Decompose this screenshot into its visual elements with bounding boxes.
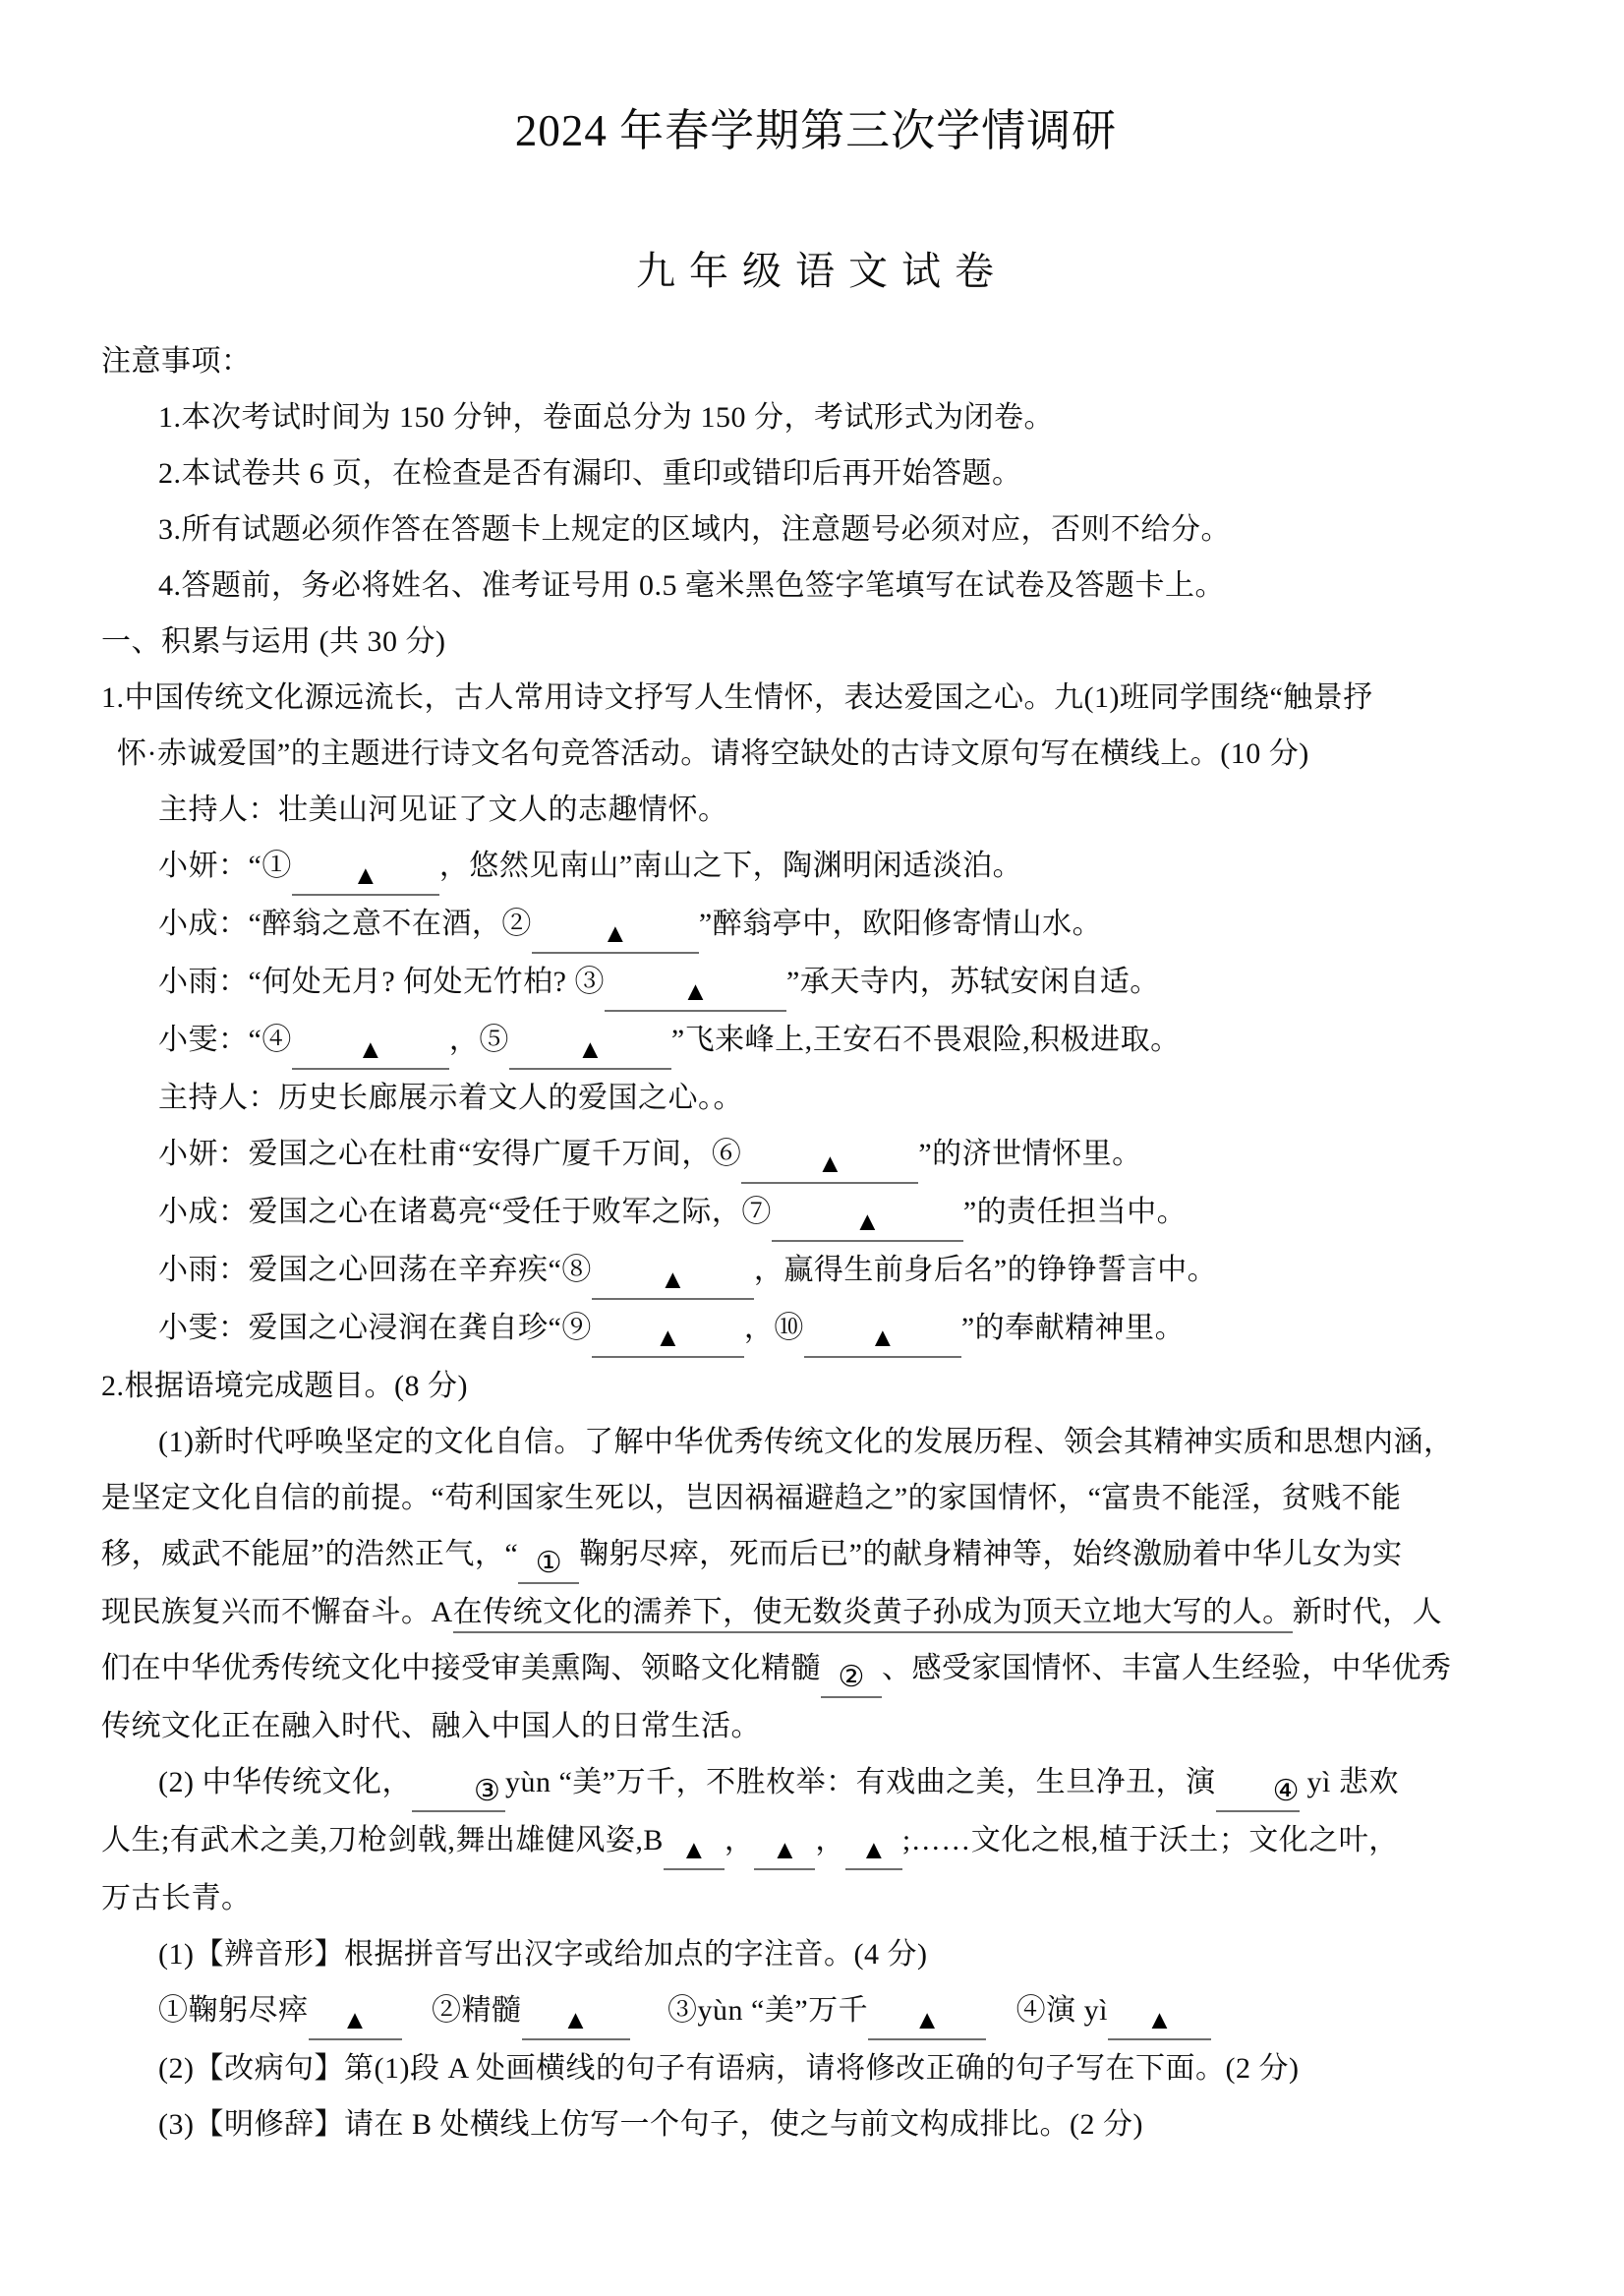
- text-run: 2024 年春学期第三次学情调研: [515, 106, 1117, 155]
- text-run: 2.根据语境完成题目。(8 分): [101, 1370, 468, 1402]
- text-run: ④演 yì: [986, 1994, 1108, 2027]
- answer-blank: ▲: [522, 1997, 630, 2040]
- passage2-line3: 万古长青。: [101, 1870, 1531, 1926]
- text-run: 主持人：历史长廊展示着文人的爱国之心。。: [158, 1082, 743, 1114]
- text-run: ”飞来峰上,王安石不畏艰险,积极进取。: [671, 1024, 1181, 1056]
- notice-item-4: 4.答题前，务必将姓名、准考证号用 0.5 毫米黑色签字笔填写在试卷及答题卡上。: [101, 558, 1531, 614]
- text-run: 小雨：“何处无月? 何处无竹柏? ③: [158, 966, 605, 998]
- text-run: 3.所有试题必须作答在答题卡上规定的区域内，注意题号必须对应，否则不给分。: [158, 513, 1231, 546]
- answer-blank: ▲: [292, 1027, 449, 1070]
- dialogue-xiaowen-1: 小雯：“④▲，⑤▲”飞来峰上,王安石不畏艰险,积极进取。: [101, 1012, 1531, 1070]
- text-run: 小妍：爱国之心在杜甫“安得广厦千万间，⑥: [158, 1138, 741, 1170]
- pinyin-blanks-line: ①鞠躬尽瘁▲ ②精髓▲ ③yùn “美”万千▲ ④演 yì▲: [101, 1982, 1531, 2040]
- text-run: yùn “美”万千，不胜枚举：有戏曲之美，生旦净丑，演: [505, 1766, 1216, 1798]
- text-run: 九 年 级 语 文 试 卷: [636, 249, 996, 293]
- answer-blank: ▲: [1108, 1997, 1211, 2040]
- answer-blank: ▲: [845, 1827, 902, 1870]
- text-run: ，⑩: [744, 1312, 804, 1344]
- text-run: 现民族复兴而不懈奋斗。A: [101, 1596, 453, 1628]
- document-page: 2024 年春学期第三次学情调研九 年 级 语 文 试 卷注意事项：1.本次考试…: [0, 0, 1624, 2296]
- exam-subtitle: 九 年 级 语 文 试 卷: [101, 249, 1531, 294]
- text-run: ，: [725, 1824, 755, 1856]
- text-run: 怀·赤诚爱国”的主题进行诗文名句竞答活动。请将空缺处的古诗文原句写在横线上。(1…: [117, 737, 1309, 770]
- dialogue-xiaoyan-2: 小妍：爱国之心在杜甫“安得广厦千万间，⑥▲”的济世情怀里。: [101, 1126, 1531, 1184]
- passage1-line1: (1)新时代呼唤坚定的文化自信。了解中华优秀传统文化的发展历程、领会其精神实质和…: [101, 1414, 1531, 1470]
- question2-heading: 2.根据语境完成题目。(8 分): [101, 1358, 1531, 1414]
- text-run: (3)【明修辞】请在 B 处横线上仿写一个句子，使之与前文构成排比。(2 分): [158, 2108, 1143, 2141]
- text-run: ”的奉献精神里。: [961, 1312, 1185, 1344]
- text-run: ，赢得生前身后名”的铮铮誓言中。: [754, 1254, 1217, 1286]
- answer-blank: ③: [412, 1769, 505, 1812]
- dialogue-xiaocheng-2: 小成：爱国之心在诸葛亮“受任于败军之际，⑦▲”的责任担当中。: [101, 1184, 1531, 1242]
- text-run: ”承天寺内，苏轼安闲自适。: [786, 966, 1160, 998]
- notice-item-1: 1.本次考试时间为 150 分钟，卷面总分为 150 分，考试形式为闭卷。: [101, 389, 1531, 445]
- text-run: 们在中华优秀传统文化中接受审美熏陶、领略文化精髓: [101, 1652, 821, 1684]
- answer-blank: ▲: [772, 1199, 963, 1242]
- text-run: ，: [815, 1824, 845, 1856]
- passage1-line4: 现民族复兴而不懈奋斗。A在传统文化的濡养下，使无数炎黄子孙成为顶天立地大写的人。…: [101, 1584, 1531, 1640]
- text-run: 2.本试卷共 6 页，在检查是否有漏印、重印或错印后再开始答题。: [158, 457, 1022, 490]
- subquestion-2: (2)【改病句】第(1)段 A 处画横线的句子有语病，请将修改正确的句子写在下面…: [101, 2040, 1531, 2096]
- text-run: ”的济世情怀里。: [918, 1138, 1141, 1170]
- answer-blank: ▲: [664, 1827, 725, 1870]
- answer-blank: ▲: [868, 1997, 986, 2040]
- text-run: ③yùn “美”万千: [630, 1994, 869, 2027]
- passage2-line1: (2) 中华传统文化，③yùn “美”万千，不胜枚举：有戏曲之美，生旦净丑，演④…: [101, 1754, 1531, 1812]
- text-run: (1)【辨音形】根据拼音写出汉字或给加点的字注音。(4 分): [158, 1938, 927, 1971]
- dialogue-host-1: 主持人：壮美山河见证了文人的志趣情怀。: [101, 782, 1531, 838]
- text-run: 4.答题前，务必将姓名、准考证号用 0.5 毫米黑色签字笔填写在试卷及答题卡上。: [158, 569, 1225, 602]
- dialogue-xiaoyu-1: 小雨：“何处无月? 何处无竹柏? ③▲”承天寺内，苏轼安闲自适。: [101, 954, 1531, 1012]
- dialogue-xiaowen-2: 小雯：爱国之心浸润在龚自珍“⑨▲，⑩▲”的奉献精神里。: [101, 1300, 1531, 1358]
- answer-blank: ▲: [592, 1257, 754, 1300]
- text-run: 小妍：“①: [158, 850, 292, 882]
- question1-intro-line1: 1.中国传统文化源远流长，古人常用诗文抒写人生情怀，表达爱国之心。九(1)班同学…: [101, 670, 1531, 726]
- text-run: 是坚定文化自信的前提。“苟利国家生死以，岂因祸福避趋之”的家国情怀，“富贵不能淫…: [101, 1482, 1401, 1514]
- answer-blank: ②: [821, 1655, 882, 1698]
- answer-blank: ▲: [292, 853, 439, 896]
- text-run: 注意事项：: [101, 345, 252, 378]
- dialogue-host-2: 主持人：历史长廊展示着文人的爱国之心。。: [101, 1070, 1531, 1126]
- passage1-line3: 移，威武不能屈”的浩然正气，“①鞠躬尽瘁，死而后已”的献身精神等，始终激励着中华…: [101, 1526, 1531, 1584]
- text-run: 传统文化正在融入时代、融入中国人的日常生活。: [101, 1710, 761, 1742]
- text-run: 主持人：壮美山河见证了文人的志趣情怀。: [158, 794, 728, 826]
- text-run: 1.本次考试时间为 150 分钟，卷面总分为 150 分，考试形式为闭卷。: [158, 401, 1054, 434]
- text-run: yì 悲欢: [1300, 1766, 1399, 1798]
- answer-blank: ▲: [754, 1827, 815, 1870]
- text-run: ”醉翁亭中，欧阳修寄情山水。: [699, 908, 1102, 940]
- dialogue-xiaocheng-1: 小成：“醉翁之意不在酒，②▲”醉翁亭中，欧阳修寄情山水。: [101, 896, 1531, 954]
- answer-blank: ▲: [605, 969, 786, 1012]
- passage1-line5: 们在中华优秀传统文化中接受审美熏陶、领略文化精髓②、感受家国情怀、丰富人生经验，…: [101, 1640, 1531, 1698]
- notice-item-2: 2.本试卷共 6 页，在检查是否有漏印、重印或错印后再开始答题。: [101, 445, 1531, 501]
- subquestion-3: (3)【明修辞】请在 B 处横线上仿写一个句子，使之与前文构成排比。(2 分): [101, 2096, 1531, 2152]
- text-run: (2) 中华传统文化，: [158, 1766, 412, 1798]
- text-run: 人生;有武术之美,刀枪剑戟,舞出雄健风姿,B: [101, 1824, 664, 1856]
- answer-blank: ▲: [804, 1315, 961, 1358]
- text-run: ”的责任担当中。: [963, 1196, 1187, 1228]
- answer-blank: ▲: [309, 1997, 402, 2040]
- text-run: ，悠然见南山”南山之下，陶渊明闲适淡泊。: [439, 850, 1022, 882]
- notice-item-3: 3.所有试题必须作答在答题卡上规定的区域内，注意题号必须对应，否则不给分。: [101, 501, 1531, 558]
- text-run: 一、积累与运用 (共 30 分): [101, 625, 445, 658]
- text-run: 万古长青。: [101, 1882, 252, 1914]
- answer-blank: ▲: [532, 911, 699, 954]
- text-run: ;……文化之根,植于沃土；文化之叶，: [902, 1824, 1399, 1856]
- text-run: ②精髓: [402, 1994, 522, 2027]
- text-run: 小成：爱国之心在诸葛亮“受任于败军之际，⑦: [158, 1196, 772, 1228]
- text-run: 、感受家国情怀、丰富人生经验，中华优秀: [882, 1652, 1452, 1684]
- exam-title: 2024 年春学期第三次学情调研: [101, 106, 1531, 155]
- text-run: ，⑤: [449, 1024, 509, 1056]
- text-run: (2)【改病句】第(1)段 A 处画横线的句子有语病，请将修改正确的句子写在下面…: [158, 2052, 1299, 2085]
- text-run: 移，威武不能屈”的浩然正气，“: [101, 1538, 518, 1570]
- text-run: 小雯：“④: [158, 1024, 292, 1056]
- answer-blank: ④: [1216, 1769, 1300, 1812]
- text-run: 鞠躬尽瘁，死而后已”的献身精神等，始终激励着中华儿女为实: [579, 1538, 1402, 1570]
- answer-blank: ▲: [741, 1141, 918, 1184]
- text-run: 小雯：爱国之心浸润在龚自珍“⑨: [158, 1312, 592, 1344]
- text-run: 1.中国传统文化源远流长，古人常用诗文抒写人生情怀，表达爱国之心。九(1)班同学…: [101, 681, 1373, 714]
- dialogue-xiaoyu-2: 小雨：爱国之心回荡在辛弃疾“⑧▲，赢得生前身后名”的铮铮誓言中。: [101, 1242, 1531, 1300]
- dialogue-xiaoyan-1: 小妍：“①▲，悠然见南山”南山之下，陶渊明闲适淡泊。: [101, 838, 1531, 896]
- text-run: ①鞠躬尽瘁: [158, 1994, 309, 2027]
- passage1-line6: 传统文化正在融入时代、融入中国人的日常生活。: [101, 1698, 1531, 1754]
- notice-heading: 注意事项：: [101, 333, 1531, 389]
- text-run: 小雨：爱国之心回荡在辛弃疾“⑧: [158, 1254, 592, 1286]
- passage1-line2: 是坚定文化自信的前提。“苟利国家生死以，岂因祸福避趋之”的家国情怀，“富贵不能淫…: [101, 1470, 1531, 1526]
- answer-blank: ▲: [509, 1027, 671, 1070]
- answer-blank: ▲: [592, 1315, 744, 1358]
- text-run: 新时代，人: [1293, 1596, 1443, 1628]
- underlined-sentence: 在传统文化的濡养下，使无数炎黄子孙成为顶天立地大写的人。: [453, 1596, 1293, 1633]
- text-run: 小成：“醉翁之意不在酒，②: [158, 908, 532, 940]
- answer-blank: ①: [518, 1541, 579, 1584]
- subquestion-1: (1)【辨音形】根据拼音写出汉字或给加点的字注音。(4 分): [101, 1926, 1531, 1982]
- question1-intro-line2: 怀·赤诚爱国”的主题进行诗文名句竞答活动。请将空缺处的古诗文原句写在横线上。(1…: [101, 726, 1531, 782]
- passage2-line2: 人生;有武术之美,刀枪剑戟,舞出雄健风姿,B▲，▲，▲;……文化之根,植于沃土；…: [101, 1812, 1531, 1870]
- section-heading: 一、积累与运用 (共 30 分): [101, 614, 1531, 670]
- text-run: (1)新时代呼唤坚定的文化自信。了解中华优秀传统文化的发展历程、领会其精神实质和…: [158, 1426, 1453, 1458]
